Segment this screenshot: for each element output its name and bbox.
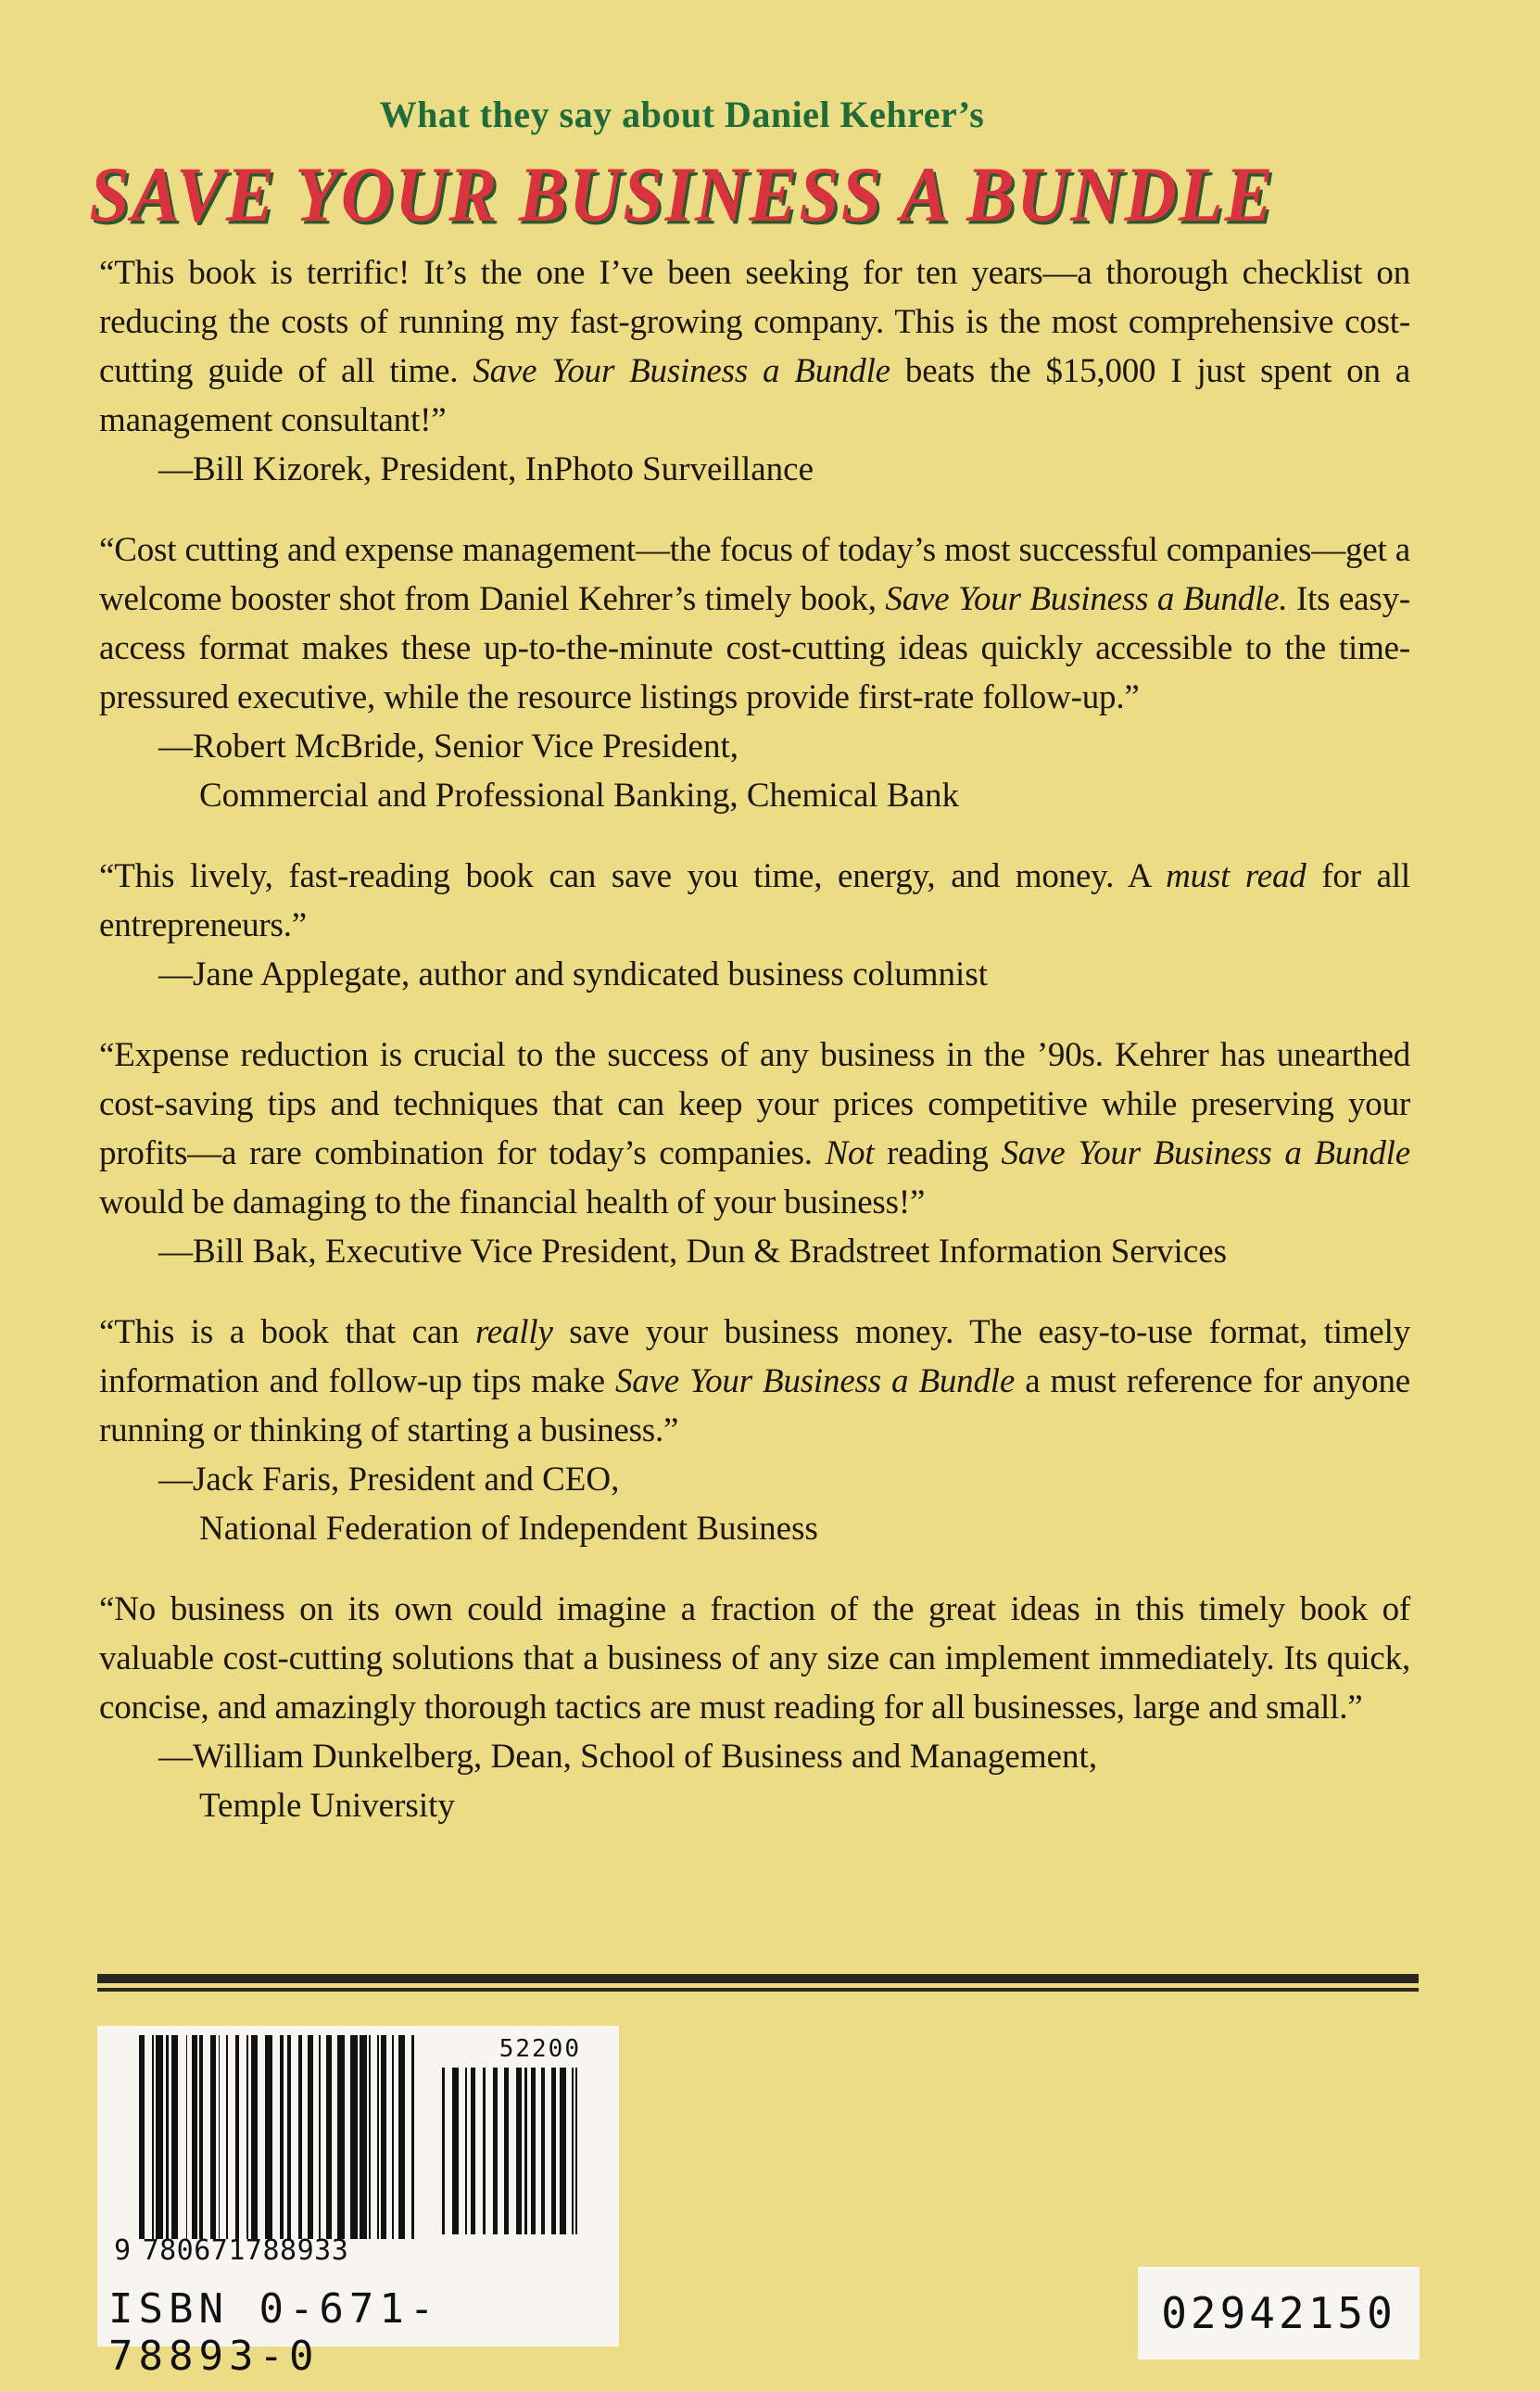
cover-subtitle: What they say about Daniel Kehrer’s: [0, 93, 1452, 136]
attribution-line: Temple University: [158, 1781, 1410, 1830]
testimonial: “No business on its own could imagine a …: [99, 1585, 1410, 1830]
emphasis-text: Not: [826, 1134, 875, 1172]
testimonials: “This book is terrific! It’s the one I’v…: [99, 248, 1410, 1862]
attribution-line: Commercial and Professional Banking, Che…: [158, 771, 1410, 820]
attribution-line: National Federation of Independent Busin…: [158, 1504, 1410, 1553]
divider-thick: [97, 1974, 1419, 1983]
testimonial-text: “Expense reduction is crucial to the suc…: [99, 1031, 1410, 1227]
quote-fragment: reading: [874, 1134, 1001, 1172]
testimonial-attribution: —Jane Applegate, author and syndicated b…: [99, 950, 1410, 999]
attribution-line: —Jack Faris, President and CEO,: [158, 1455, 1410, 1504]
testimonial-text: “Cost cutting and expense management—the…: [99, 525, 1410, 722]
emphasis-text: must read: [1166, 857, 1306, 895]
divider-thin: [97, 1988, 1419, 1992]
emphasis-text: Save Your Business a Bundle: [1001, 1134, 1410, 1172]
testimonial-attribution: —Bill Bak, Executive Vice President, Dun…: [99, 1227, 1410, 1276]
testimonial-attribution: —Robert McBride, Senior Vice President,C…: [99, 722, 1410, 820]
ean-barcode: [139, 2035, 417, 2239]
price-code-label: 02942150: [1138, 2267, 1420, 2359]
testimonial-attribution: —Bill Kizorek, President, InPhoto Survei…: [99, 445, 1410, 494]
addon-barcode: [442, 2068, 581, 2234]
emphasis-text: Save Your Business a Bundle: [615, 1362, 1015, 1400]
isbn-barcode-label: 52200 9780671788933 ISBN 0-671-78893-0: [97, 2026, 619, 2347]
attribution-line: —Jane Applegate, author and syndicated b…: [158, 950, 1410, 999]
quote-fragment: would be damaging to the financial healt…: [99, 1183, 925, 1221]
quote-fragment: “This lively, fast-reading book can save…: [99, 857, 1166, 895]
testimonial-attribution: —Jack Faris, President and CEO,National …: [99, 1455, 1410, 1553]
quote-fragment: “No business on its own could imagine a …: [99, 1590, 1410, 1727]
quote-fragment: “This is a book that can: [99, 1313, 475, 1351]
book-title: SAVE YOUR BUSINESS A BUNDLE: [0, 149, 1452, 239]
attribution-line: —Bill Bak, Executive Vice President, Dun…: [158, 1227, 1410, 1276]
attribution-line: —Bill Kizorek, President, InPhoto Survei…: [158, 445, 1410, 494]
testimonial-attribution: —William Dunkelberg, Dean, School of Bus…: [99, 1732, 1410, 1830]
ean-lead-digit: 9: [114, 2234, 132, 2267]
attribution-line: —William Dunkelberg, Dean, School of Bus…: [158, 1732, 1410, 1781]
isbn-number: ISBN 0-671-78893-0: [108, 2285, 619, 2380]
testimonial: “Cost cutting and expense management—the…: [99, 525, 1410, 820]
barcode-addon-digits: 52200: [442, 2035, 581, 2063]
ean-digits: 9780671788933: [114, 2234, 348, 2267]
attribution-line: —Robert McBride, Senior Vice President,: [158, 722, 1410, 771]
emphasis-text: Save Your Business a Bundle: [473, 352, 890, 390]
testimonial: “This lively, fast-reading book can save…: [99, 852, 1410, 999]
testimonial-text: “This lively, fast-reading book can save…: [99, 852, 1410, 950]
testimonial-text: “No business on its own could imagine a …: [99, 1585, 1410, 1732]
testimonial-text: “This book is terrific! It’s the one I’v…: [99, 248, 1410, 445]
emphasis-text: Save Your Business a Bundle.: [885, 580, 1287, 618]
testimonial-text: “This is a book that can really save you…: [99, 1308, 1410, 1455]
testimonial: “This book is terrific! It’s the one I’v…: [99, 248, 1410, 494]
emphasis-text: really: [475, 1313, 553, 1351]
testimonial: “This is a book that can really save you…: [99, 1308, 1410, 1553]
testimonial: “Expense reduction is crucial to the suc…: [99, 1031, 1410, 1276]
ean-number: 780671788933: [143, 2234, 349, 2267]
